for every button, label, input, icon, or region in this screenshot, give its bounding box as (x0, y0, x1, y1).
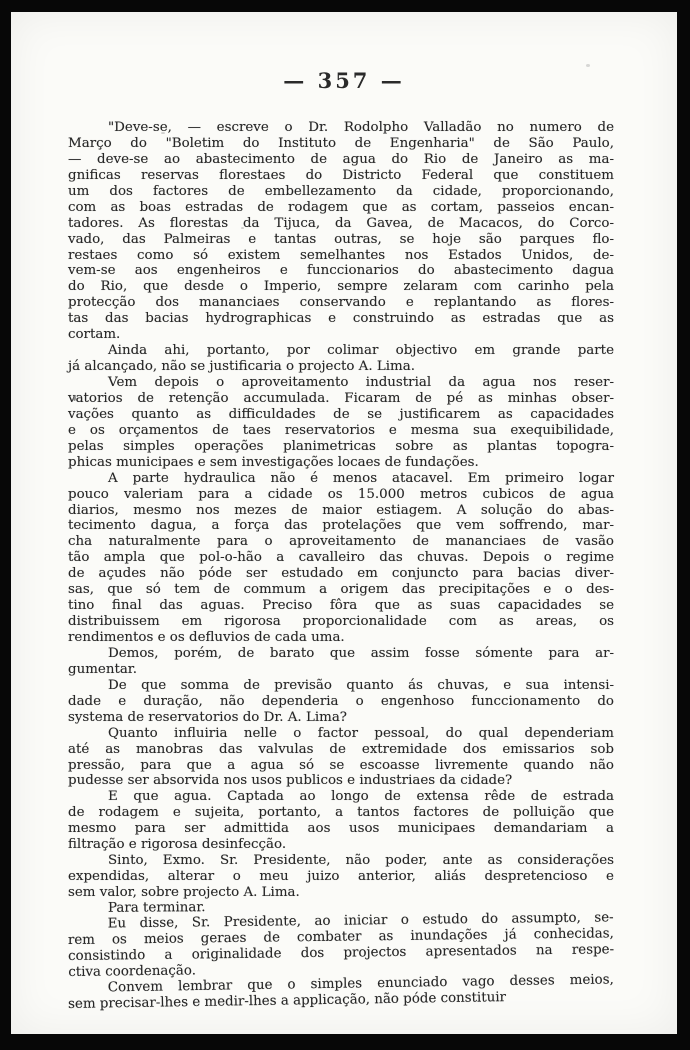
text-line: sas, que só tem de commum a origem das p… (68, 582, 614, 598)
text-line: pelas simples operações planimetricas so… (68, 439, 614, 455)
text-line: pudesse ser absorvida nos usos publicos … (68, 773, 614, 789)
paragraph: Sinto, Exmo. Sr. Presidente, não poder, … (68, 853, 614, 901)
text-line: gnificas reservas florestaes do District… (68, 168, 614, 184)
text-line: vado, das Palmeiras e tantas outras, se … (68, 232, 614, 248)
text-line: filtração e rigorosa desinfecção. (68, 837, 614, 853)
text-line: um dos factores de embellezamento da cid… (68, 184, 614, 200)
text-line: vações quanto as difficuldades de se jus… (68, 407, 614, 423)
text-line: cha naturalmente para o aproveitamento d… (68, 534, 614, 550)
scan-speck (73, 395, 76, 401)
text-line: tadores. As florestas da Tijuca, da Gave… (68, 216, 614, 232)
paragraph: Demos, porém, de barato que assim fosse … (68, 646, 614, 678)
text-line: Março do "Boletim do Instituto de Engenh… (68, 136, 614, 152)
text-line: De que somma de previsão quanto ás chuva… (68, 678, 614, 694)
paragraph: De que somma de previsão quanto ás chuva… (68, 678, 614, 726)
text-line: vem-se aos engenheiros e funccionarios d… (68, 263, 614, 279)
text-line: tecimento dagua, a força das protelações… (68, 518, 614, 534)
text-line: distribuissem em rigorosa proporcionalid… (68, 614, 614, 630)
text-line: Ainda ahi, portanto, por colimar objecti… (68, 343, 614, 359)
text-line: phicas municipaes e sem investigações lo… (68, 455, 614, 471)
paragraph: A parte hydraulica não é menos atacavel.… (68, 471, 614, 646)
text-line: de açudes não póde ser estudado em conju… (68, 566, 614, 582)
text-line: Sinto, Exmo. Sr. Presidente, não poder, … (68, 853, 614, 869)
scan-speck (241, 227, 244, 229)
paragraph: E que agua. Captada ao longo de extensa … (68, 789, 614, 853)
text-line: systema de reservatorios do Dr. A. Lima? (68, 710, 614, 726)
scan-speck (586, 64, 590, 67)
text-line: até as manobras das valvulas de extremid… (68, 742, 614, 758)
text-line: diarios, mesmo nos mezes de maior estiag… (68, 503, 614, 519)
text-line: do Rio, que desde o Imperio, sempre zela… (68, 279, 614, 295)
text-line: vatorios de retenção accumulada. Ficaram… (68, 391, 614, 407)
text-line: tino final das aguas. Preciso fôra que a… (68, 598, 614, 614)
paragraph: Ainda ahi, portanto, por colimar objecti… (68, 343, 614, 375)
text-line: A parte hydraulica não é menos atacavel.… (68, 471, 614, 487)
text-line: "Deve-se, — escreve o Dr. Rodolpho Valla… (68, 120, 614, 136)
document-page: — 357 — "Deve-se, — escreve o Dr. Rodolp… (11, 12, 677, 1034)
paragraph: Quanto influiria nelle o factor pessoal,… (68, 726, 614, 790)
paragraph: Eu disse, Sr. Presidente, ao iniciar o e… (68, 910, 615, 980)
text-line: expendidas, alterar o meu juizo anterior… (68, 869, 614, 885)
text-line: mesmo para ser admittida aos usos munici… (68, 821, 614, 837)
page-number: — 357 — (11, 68, 677, 93)
text-line: protecção dos mananciaes conservando e r… (68, 295, 614, 311)
text-line: gumentar. (68, 662, 614, 678)
text-line: rendimentos e os defluvios de cada uma. (68, 630, 614, 646)
text-line: restaes como só existem semelhantes nos … (68, 248, 614, 264)
scanned-document-background: { "page": { "number": "— 357 —", "paragr… (0, 0, 690, 1050)
text-line: de rodagem e sujeita, portanto, a tantos… (68, 805, 614, 821)
text-line: com as boas estradas de rodagem que as c… (68, 200, 614, 216)
text-line: Demos, porém, de barato que assim fosse … (68, 646, 614, 662)
paragraph: Vem depois o aproveitamento industrial d… (68, 375, 614, 471)
paragraph: "Deve-se, — escreve o Dr. Rodolpho Valla… (68, 120, 614, 343)
text-line: já alcançado, não se justificaria o proj… (68, 359, 614, 375)
text-line: tas das bacias hydrographicas e construi… (68, 311, 614, 327)
text-block: "Deve-se, — escreve o Dr. Rodolpho Valla… (68, 120, 614, 1013)
scan-speck (161, 132, 165, 134)
text-line: e os orçamentos de taes reservatorios e … (68, 423, 614, 439)
text-line: E que agua. Captada ao longo de extensa … (68, 789, 614, 805)
text-line: Quanto influiria nelle o factor pessoal,… (68, 726, 614, 742)
text-line: tão ampla que pol-o-hão a cavalleiro das… (68, 550, 614, 566)
text-line: pressão, para que a agua só se escoasse … (68, 758, 614, 774)
text-line: Vem depois o aproveitamento industrial d… (68, 375, 614, 391)
text-line: dade e duração, não dependeria o engenho… (68, 694, 614, 710)
text-line: pouco valeriam para a cidade os 15.000 m… (68, 487, 614, 503)
text-line: — deve-se ao abastecimento de agua do Ri… (68, 152, 614, 168)
text-line: cortam. (68, 327, 614, 343)
